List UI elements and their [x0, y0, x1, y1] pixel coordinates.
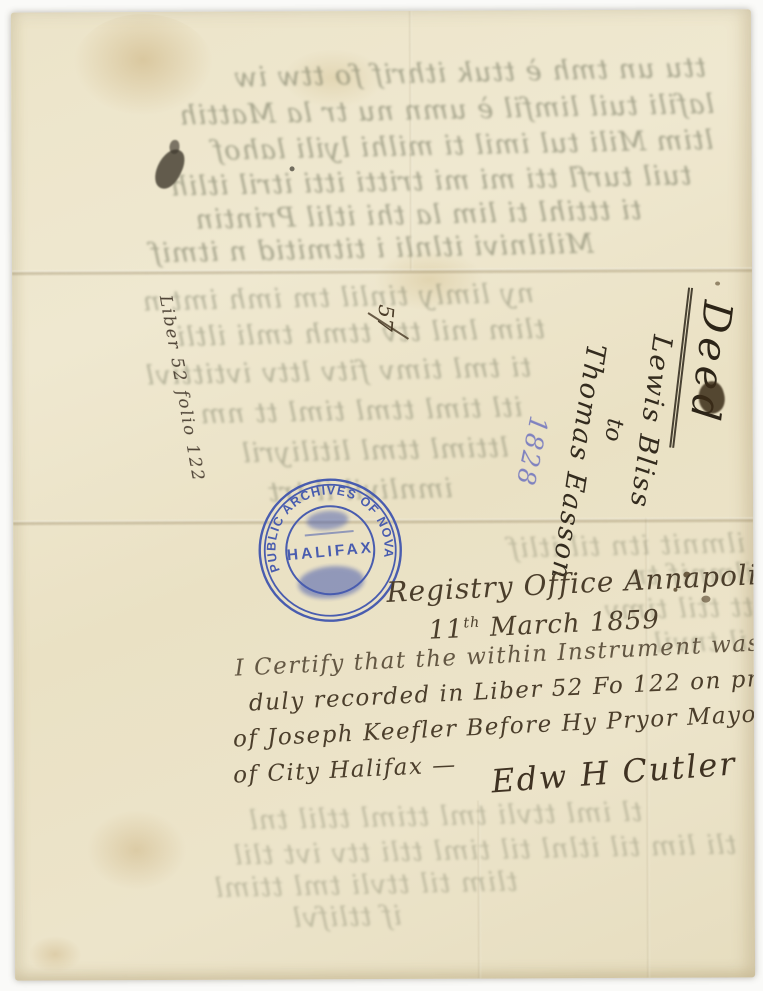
bleed-through-line: tlim til ttvli tml ttiml [72, 867, 518, 913]
document-scan: ttu un tmh è ttuk ithrif fo ttw iw lafil… [0, 0, 763, 991]
ink-blot [169, 140, 179, 154]
bleed-through-line: tlim lnil ttv ttmh tmli iltli [50, 314, 546, 361]
docket-grantee: Thomas Easson [544, 342, 611, 583]
ink-blot [150, 145, 189, 193]
docket-connector: to [599, 417, 628, 443]
date-day: 11 [428, 614, 464, 646]
stamp-emblem-base [305, 531, 354, 535]
bleed-through-line: itl timl ttml timl tt nm [52, 392, 523, 438]
docket-year: 1828 [510, 413, 553, 489]
paper-sheet: ttu un tmh è ttuk ithrif fo ttw iw lafil… [11, 9, 755, 980]
bleed-through-line: ny limly tinlil tm imh imt n [54, 278, 535, 324]
stain [86, 810, 186, 890]
ink-speck [715, 282, 720, 286]
docket-grantor: Lewis Bliss [624, 333, 678, 511]
date-ordinal: th [463, 615, 481, 632]
stain [29, 936, 81, 972]
bleed-through-line: tli lim til itlnl til timl ttli ttv ivt … [66, 830, 737, 881]
stain [374, 249, 484, 311]
bleed-through-line: ttu un tmh è ttuk ithrif fo ttw iw [106, 52, 707, 101]
fold-crease-vertical [409, 11, 413, 271]
stamp-halifax-text: HALIFAX [286, 539, 375, 564]
bleed-through-line: Mililnivi itlnli i titmitid n itmif [94, 229, 595, 276]
archive-stamp: PUBLIC ARCHIVES OF NOVA SCOTIA HALIFAX [251, 471, 410, 630]
stain [283, 49, 383, 107]
bleed-through-line: lafili tuil limfil è umn nu tr la Mattih [69, 89, 715, 139]
bleed-through-line: tl iml ttvli tml ttiml ttlil tnl [62, 797, 643, 846]
certify-line-4: of City Halifax — [233, 752, 458, 789]
ink-speck [701, 596, 710, 603]
registrar-signature: Edw H Cutler [490, 744, 738, 800]
bleed-through-line: lttiml ttml litiliyril [58, 433, 509, 479]
docket-deed-title: Deed [669, 287, 742, 453]
fold-crease-top [12, 267, 752, 275]
bleed-through-line: ti tml timv fitv lttv ivtittivl [56, 352, 532, 398]
stamp-tree-emblem [306, 509, 350, 532]
ink-speck [290, 166, 295, 171]
docket-liber-note: Liber 52 folio 122 [155, 294, 208, 484]
bleed-through-line: ti tttihl ti lim la thi itlil Printin [81, 195, 642, 243]
stain [73, 14, 213, 117]
bleed-through-line: if ttlifvl [146, 901, 402, 943]
stamp-smudge [297, 563, 366, 601]
fold-crease-vertical [477, 801, 481, 979]
